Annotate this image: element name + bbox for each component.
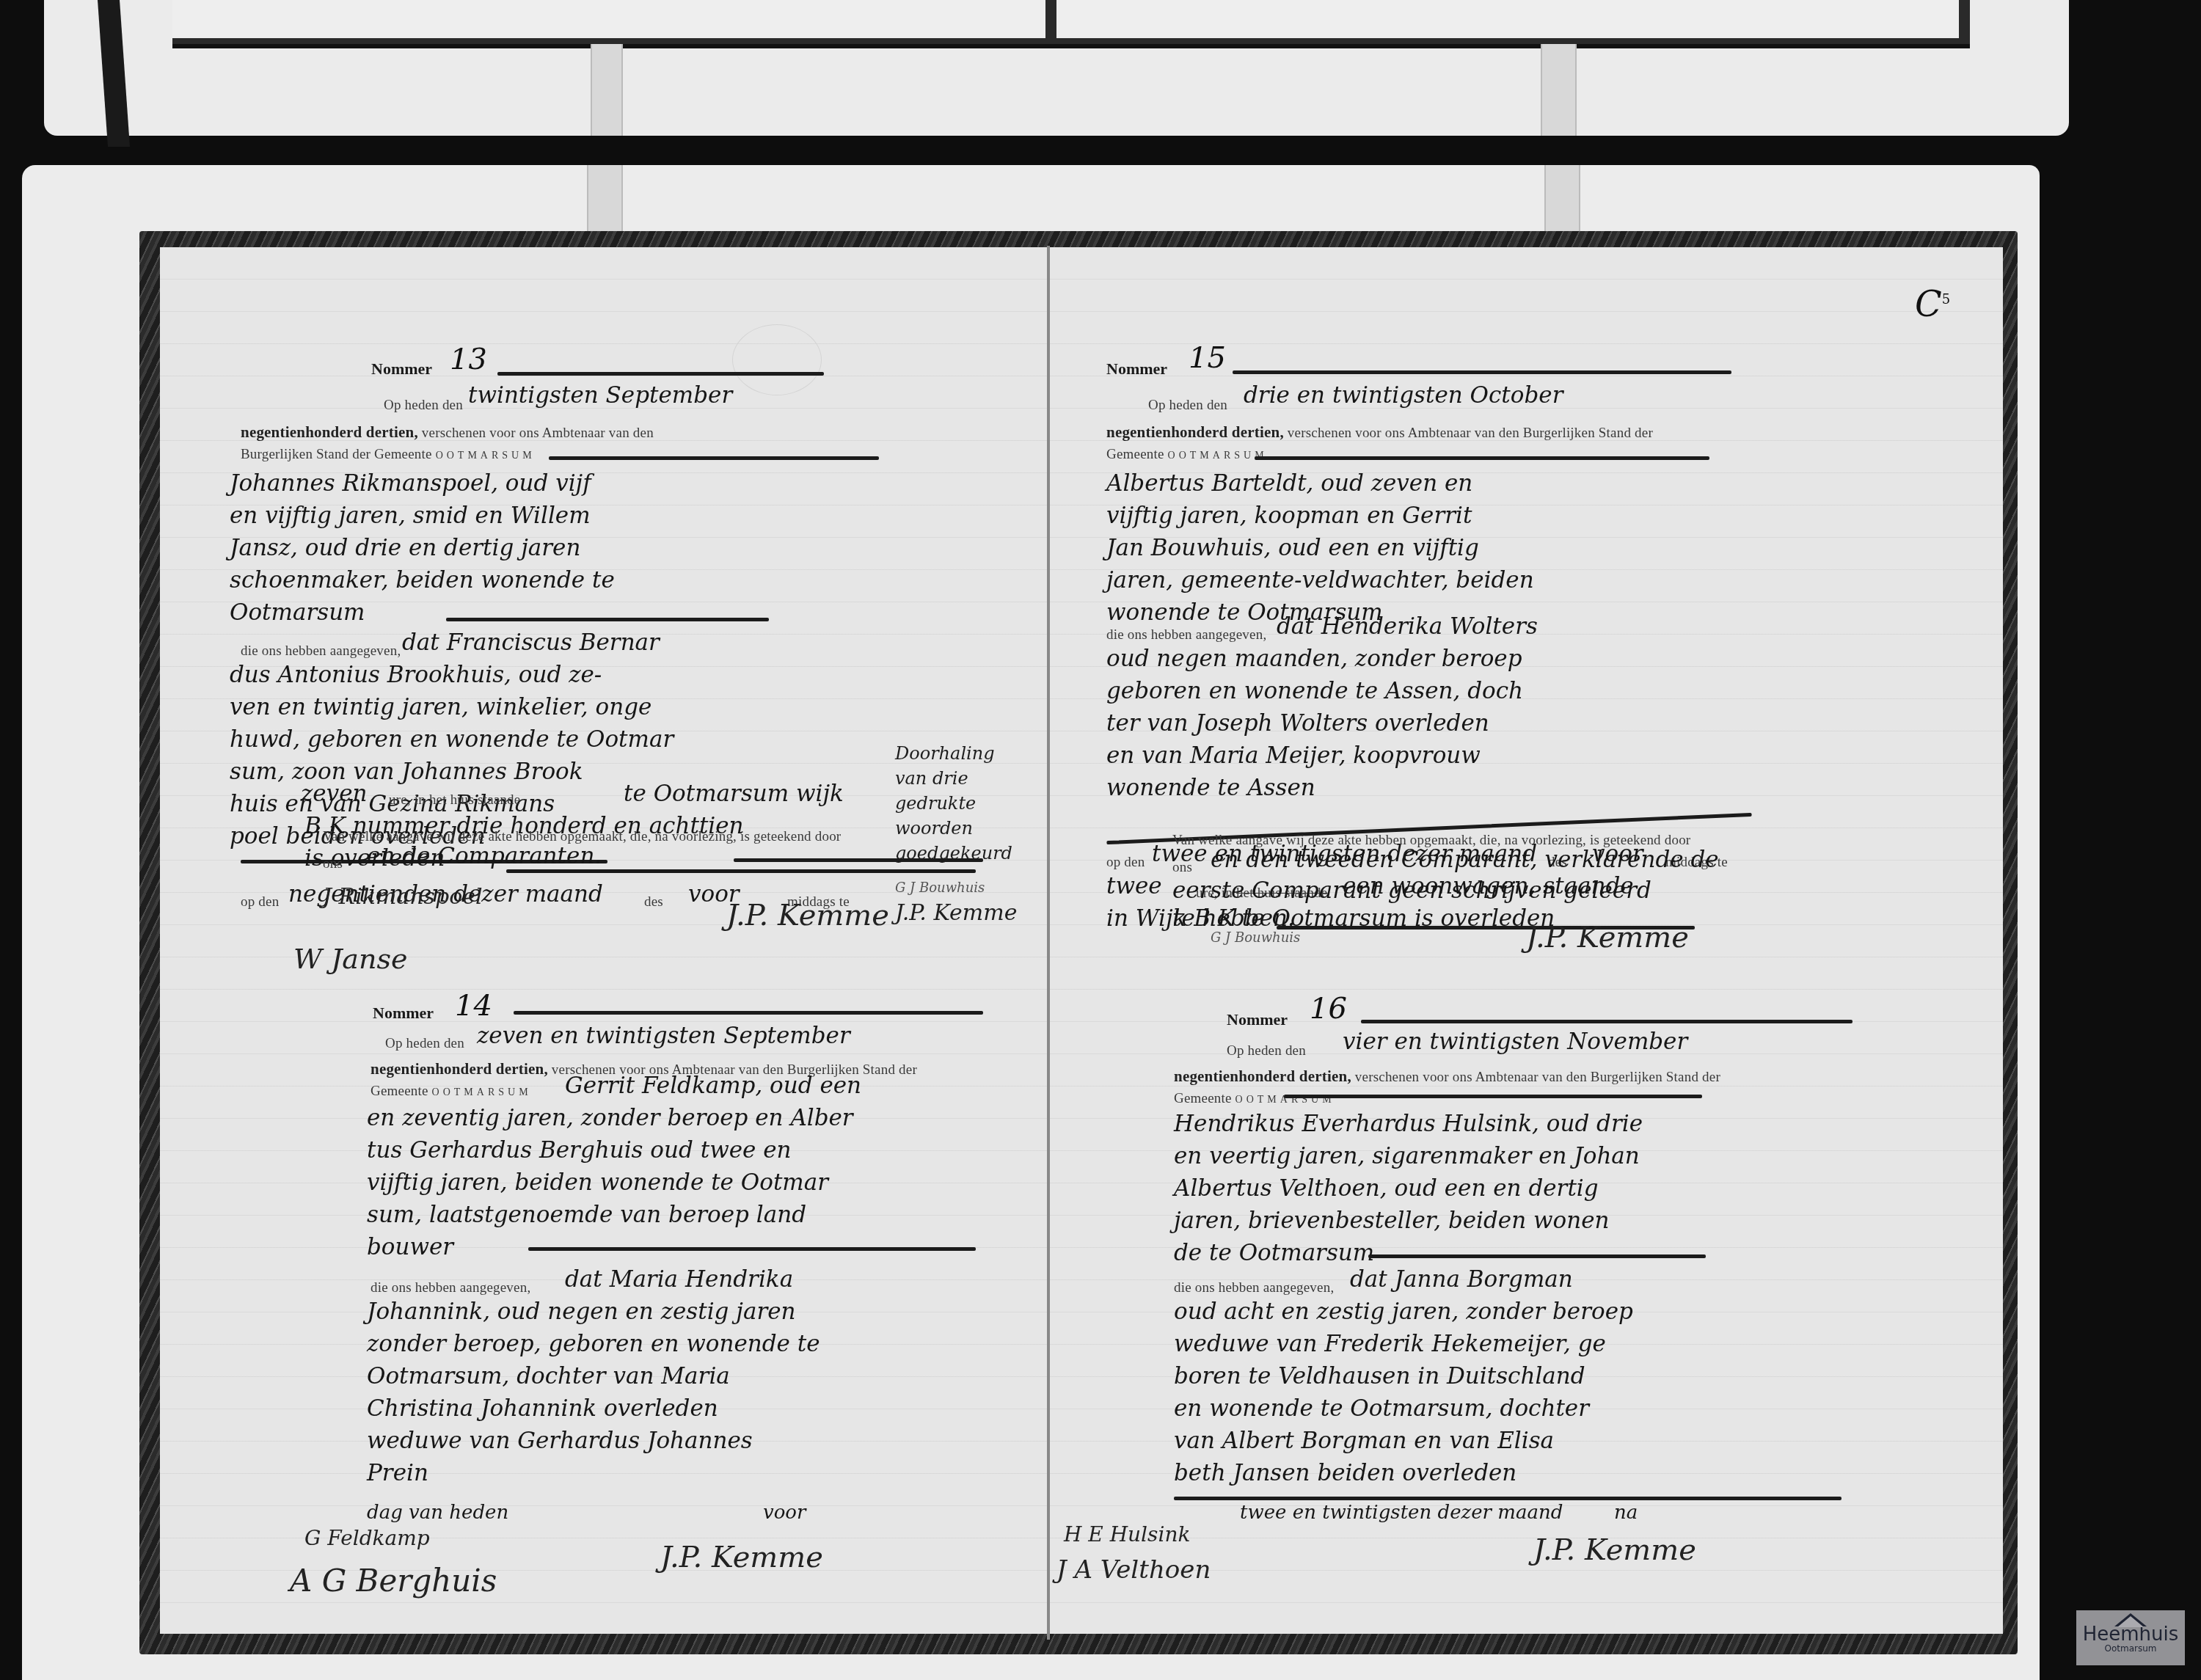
- comparant-line: bouwer: [367, 1231, 453, 1263]
- nommer-label: Nommer: [1106, 359, 1167, 379]
- death-day: twee en twintigsten dezer maand: [1240, 1497, 1563, 1529]
- death-hour: zeven: [301, 778, 368, 810]
- watermark-name: Heemhuis: [2076, 1625, 2185, 1644]
- margin-note-line: van drie: [895, 766, 1017, 791]
- declared-line: beth Jansen beiden overleden: [1174, 1457, 1516, 1489]
- comparant-line: en veertig jaren, sigarenmaker en Johan: [1174, 1140, 1640, 1172]
- gemeente-text: Gemeente: [371, 1084, 428, 1099]
- am-pm: na: [1614, 1497, 1638, 1529]
- death-place: te Ootmarsum wijk: [624, 778, 844, 810]
- gemeente-text: Gemeente: [1174, 1091, 1232, 1106]
- margin-note-line: goedgekeurd: [895, 841, 1017, 866]
- tape-strip: [1544, 165, 1580, 235]
- gemeente-label: Gemeente OOTMARSUM: [1174, 1091, 1335, 1107]
- comparant-line: vijftig jaren, koopman en Gerrit: [1106, 500, 1472, 532]
- year-label: negentienhonderd dertien, verschenen voo…: [1106, 423, 1653, 442]
- verschenen-text: verschenen voor ons Ambtenaar van den Bu…: [1288, 426, 1653, 441]
- heemhuis-watermark: Heemhuis Ootmarsum: [2076, 1610, 2185, 1665]
- record-number: 15: [1189, 341, 1226, 375]
- death-hour: twee: [1106, 870, 1162, 902]
- declared-line: en wonende te Ootmarsum, dochter: [1174, 1392, 1589, 1425]
- declared-line: ter van Joseph Wolters overleden: [1106, 707, 1489, 739]
- signature-comparant: G Feldkamp: [304, 1526, 430, 1550]
- declared-line: dat Janna Borgman: [1350, 1263, 1573, 1296]
- record-number: 16: [1310, 992, 1347, 1026]
- op-den-label: op den: [1106, 855, 1145, 871]
- comparant-line: jaren, brievenbesteller, beiden wonen: [1174, 1205, 1609, 1237]
- op-heden-label: Op heden den: [385, 1036, 464, 1052]
- margin-note-line: woorden: [895, 816, 1017, 841]
- margin-signature: J.P. Kemme: [895, 901, 1017, 926]
- fill-line: [1233, 370, 1731, 374]
- signature-official: J.P. Kemme: [1526, 921, 1689, 954]
- declared-line: oud acht en zestig jaren, zonder beroep: [1174, 1296, 1633, 1328]
- record-date: drie en twintigsten October: [1244, 379, 1563, 412]
- gemeente-label: Gemeente OOTMARSUM: [1106, 447, 1268, 463]
- comparant-line: jaren, gemeente-veldwachter, beiden: [1106, 564, 1534, 596]
- declared-line: oud negen maanden, zonder beroep: [1106, 643, 1522, 675]
- declared-line: dat Maria Hendrika: [565, 1263, 793, 1296]
- comparant-line: tus Gerhardus Berghuis oud twee en: [367, 1134, 792, 1166]
- signed-by: en den tweeden Comparant, verklarende de: [1211, 844, 1719, 876]
- signed-by: en de Comparanten.: [367, 840, 602, 872]
- year-text: negentienhonderd dertien,: [371, 1060, 548, 1078]
- signature-comparant: W Janse: [293, 943, 408, 975]
- am-pm: voor: [763, 1497, 806, 1529]
- declared-line: wonende te Assen: [1106, 772, 1315, 804]
- declared-line: van Albert Borgman en van Elisa: [1174, 1425, 1554, 1457]
- signature-official: J.P. Kemme: [1533, 1533, 1696, 1567]
- municipality: OOTMARSUM: [1168, 450, 1268, 461]
- declared-line: boren te Veldhausen in Duitschland: [1174, 1360, 1585, 1392]
- signature-comparant: J Rikmanspoel: [323, 884, 483, 910]
- nommer-label: Nommer: [373, 1004, 434, 1023]
- previous-right-page-edge: [1056, 0, 1959, 38]
- declared-line: dat Henderika Wolters: [1277, 610, 1538, 643]
- tape-strip: [1541, 44, 1577, 136]
- margin-note-line: gedrukte: [895, 791, 1017, 816]
- fill-line: [1361, 1020, 1853, 1023]
- comparant-line: Gerrit Feldkamp, oud een: [565, 1070, 861, 1102]
- record-date: zeven en twintigsten September: [477, 1020, 850, 1052]
- signature-official: J.P. Kemme: [660, 1541, 823, 1574]
- ure-label: ure, in het huis staande: [389, 792, 520, 808]
- declared-line: Prein: [367, 1457, 428, 1489]
- declared-line: Ootmarsum, dochter van Maria: [367, 1360, 730, 1392]
- fill-line: [1368, 1254, 1706, 1258]
- fill-line: [1284, 1095, 1702, 1098]
- municipality: OOTMARSUM: [432, 1087, 532, 1098]
- declared-line: geboren en wonende te Assen, doch: [1106, 675, 1523, 707]
- margin-note: Doorhaling van drie gedrukte woorden goe…: [895, 741, 1017, 926]
- comparant-line: en zeventig jaren, zonder beroep en Albe…: [367, 1102, 853, 1134]
- aangegeven-label: die ons hebben aangegeven,: [371, 1280, 530, 1296]
- signature-comparant: G J Bouwhuis: [1211, 930, 1300, 946]
- aangegeven-label: die ons hebben aangegeven,: [1106, 627, 1266, 643]
- nommer-label: Nommer: [1227, 1010, 1288, 1029]
- margin-signature: G J Bouwhuis: [895, 876, 1017, 901]
- signature-comparant: A G Berghuis: [290, 1563, 497, 1599]
- op-heden-label: Op heden den: [1148, 398, 1227, 414]
- ons-label: ons: [1172, 860, 1192, 876]
- op-heden-label: Op heden den: [1227, 1043, 1306, 1059]
- comparant-line: Hendrikus Everhardus Hulsink, oud drie: [1174, 1108, 1643, 1140]
- signature-official: J.P. Kemme: [726, 899, 889, 932]
- verschenen-text: verschenen voor ons Ambtenaar van den Bu…: [1355, 1070, 1720, 1085]
- comparant-line: Albertus Velthoen, oud een en dertig: [1174, 1172, 1599, 1205]
- declared-line: Johannink, oud negen en zestig jaren: [367, 1296, 796, 1328]
- gemeente-label: Gemeente OOTMARSUM: [371, 1084, 532, 1100]
- declared-line: Christina Johannink overleden: [367, 1392, 718, 1425]
- death-day: dag van heden: [367, 1497, 508, 1529]
- fill-line: [514, 1011, 983, 1015]
- gemeente-text: Gemeente: [1106, 447, 1164, 462]
- comparant-line: de te Ootmarsum: [1174, 1237, 1374, 1269]
- declared-line: en van Maria Meijer, koopvrouw: [1106, 739, 1481, 772]
- record-number: 14: [455, 989, 492, 1023]
- comparant-line: sum, laatstgenoemde van beroep land: [367, 1199, 806, 1231]
- comparant-line: Albertus Barteldt, oud zeven en: [1106, 467, 1472, 500]
- year-text: negentienhonderd dertien,: [1106, 423, 1284, 441]
- fill-line: [1255, 456, 1709, 460]
- fill-line: [528, 1247, 976, 1251]
- declared-line: weduwe van Frederik Hekemeijer, ge: [1174, 1328, 1606, 1360]
- house-roof-icon: [2114, 1613, 2147, 1626]
- ons-label: ons: [323, 856, 343, 872]
- signature-comparant: H E Hulsink: [1064, 1522, 1190, 1546]
- margin-note-line: Doorhaling: [895, 741, 1017, 766]
- comparant-line: vijftig jaren, beiden wonende te Ootmar: [367, 1166, 828, 1199]
- year-label: negentienhonderd dertien, verschenen voo…: [1174, 1067, 1720, 1086]
- comparant-line: Jan Bouwhuis, oud een en vijftig: [1106, 532, 1479, 564]
- aangegeven-label: die ons hebben aangegeven,: [1174, 1280, 1334, 1296]
- record-date: vier en twintigsten November: [1343, 1026, 1687, 1058]
- declared-line: zonder beroep, geboren en wonende te: [367, 1328, 820, 1360]
- declared-line: weduwe van Gerhardus Johannes: [367, 1425, 753, 1457]
- year-text: negentienhonderd dertien,: [1174, 1067, 1351, 1085]
- signature-comparant: J A Velthoen: [1056, 1555, 1211, 1585]
